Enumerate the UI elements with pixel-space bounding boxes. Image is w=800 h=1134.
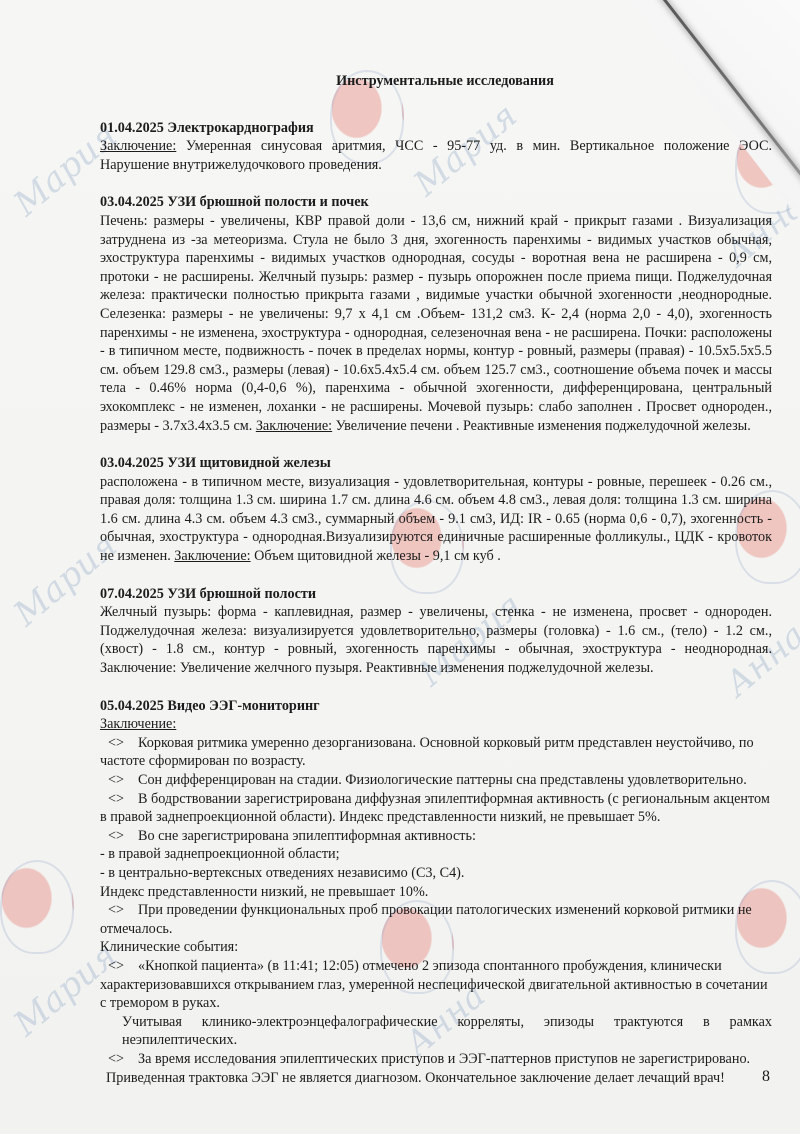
- sleep-line: - в центрально-вертексных отведениях нез…: [100, 864, 772, 883]
- eeg-item: <>«Кнопкой пациента» (в 11:41; 12:05) от…: [100, 957, 772, 1013]
- diamond-bullet-icon: <>: [100, 827, 138, 846]
- section-title: 03.04.2025 УЗИ щитовидной железы: [100, 454, 772, 473]
- section-body: Заключение: Умеренная синусовая аритмия,…: [100, 137, 772, 174]
- section-title: 05.04.2025 Видео ЭЭГ-мониторинг: [100, 697, 772, 716]
- section-abdominal-ultrasound: 07.04.2025 УЗИ брюшной полости Желчный п…: [100, 585, 772, 678]
- section-title: 07.04.2025 УЗИ брюшной полости: [100, 585, 772, 604]
- section-body: Желчный пузырь: форма - каплевидная, раз…: [100, 603, 772, 677]
- section-title: 01.04.2025 Электрокарднография: [100, 119, 772, 138]
- watermark-logo: [0, 860, 74, 954]
- document-page: Мария Мария Анна Мария Мария Анна Мария …: [0, 0, 800, 1134]
- sleep-line: Индекс представленности низкий, не превы…: [100, 883, 772, 902]
- conclusion-text: Объем щитовидной железы - 9,1 см куб .: [251, 548, 501, 564]
- section-video-eeg: 05.04.2025 Видео ЭЭГ-мониторинг Заключен…: [100, 697, 772, 1087]
- conclusion-label: Заключение:: [174, 548, 250, 564]
- conclusion-text: Умеренная синусовая аритмия, ЧСС - 95-77…: [100, 138, 772, 173]
- clinical-events-label: Клинические события:: [100, 938, 772, 957]
- page-heading: Инструментальные исследования: [100, 72, 772, 91]
- diamond-bullet-icon: <>: [100, 771, 138, 790]
- diamond-bullet-icon: <>: [100, 790, 138, 809]
- sleep-line: - в правой заднепроекционной области;: [100, 845, 772, 864]
- diamond-bullet-icon: <>: [100, 957, 138, 976]
- eeg-item: <>Сон дифференцирован на стадии. Физиоло…: [100, 771, 772, 790]
- section-title: 03.04.2025 УЗИ брюшной полости и почек: [100, 193, 772, 212]
- diamond-bullet-icon: <>: [100, 1050, 138, 1069]
- diamond-bullet-icon: <>: [100, 901, 138, 920]
- section-body: расположена - в типичном месте, визуализ…: [100, 473, 772, 566]
- conclusion-label: Заключение:: [256, 418, 332, 434]
- document-content: Инструментальные исследования 01.04.2025…: [100, 72, 772, 1087]
- eeg-item: <>Во сне зарегистрирована эпилептиформна…: [100, 827, 772, 846]
- section-abdominal-kidney-ultrasound: 03.04.2025 УЗИ брюшной полости и почек П…: [100, 193, 772, 435]
- eeg-item: <>Корковая ритмика умеренно дезорганизов…: [100, 734, 772, 771]
- conclusion-label: Заключение:: [100, 138, 176, 154]
- section-ecg: 01.04.2025 Электрокарднография Заключени…: [100, 119, 772, 175]
- section-body: Печень: размеры - увеличены, КВР правой …: [100, 212, 772, 435]
- findings-text: Печень: размеры - увеличены, КВР правой …: [100, 213, 772, 434]
- page-number: 8: [762, 1068, 770, 1086]
- section-thyroid-ultrasound: 03.04.2025 УЗИ щитовидной железы располо…: [100, 454, 772, 566]
- disclaimer-text: Приведенная трактовка ЭЭГ не является ди…: [100, 1069, 772, 1088]
- diamond-bullet-icon: <>: [100, 734, 138, 753]
- eeg-item: <>В бодрствовании зарегистрирована диффу…: [100, 790, 772, 827]
- eeg-item: <>За время исследования эпилептических п…: [100, 1050, 772, 1069]
- interpretation-text: Учитывая клинико-электроэнцефалографичес…: [100, 1013, 772, 1050]
- conclusion-text: Увеличение печени . Реактивные изменения…: [332, 418, 751, 434]
- eeg-item: <>При проведении функциональных проб про…: [100, 901, 772, 938]
- conclusion-label: Заключение:: [100, 715, 772, 734]
